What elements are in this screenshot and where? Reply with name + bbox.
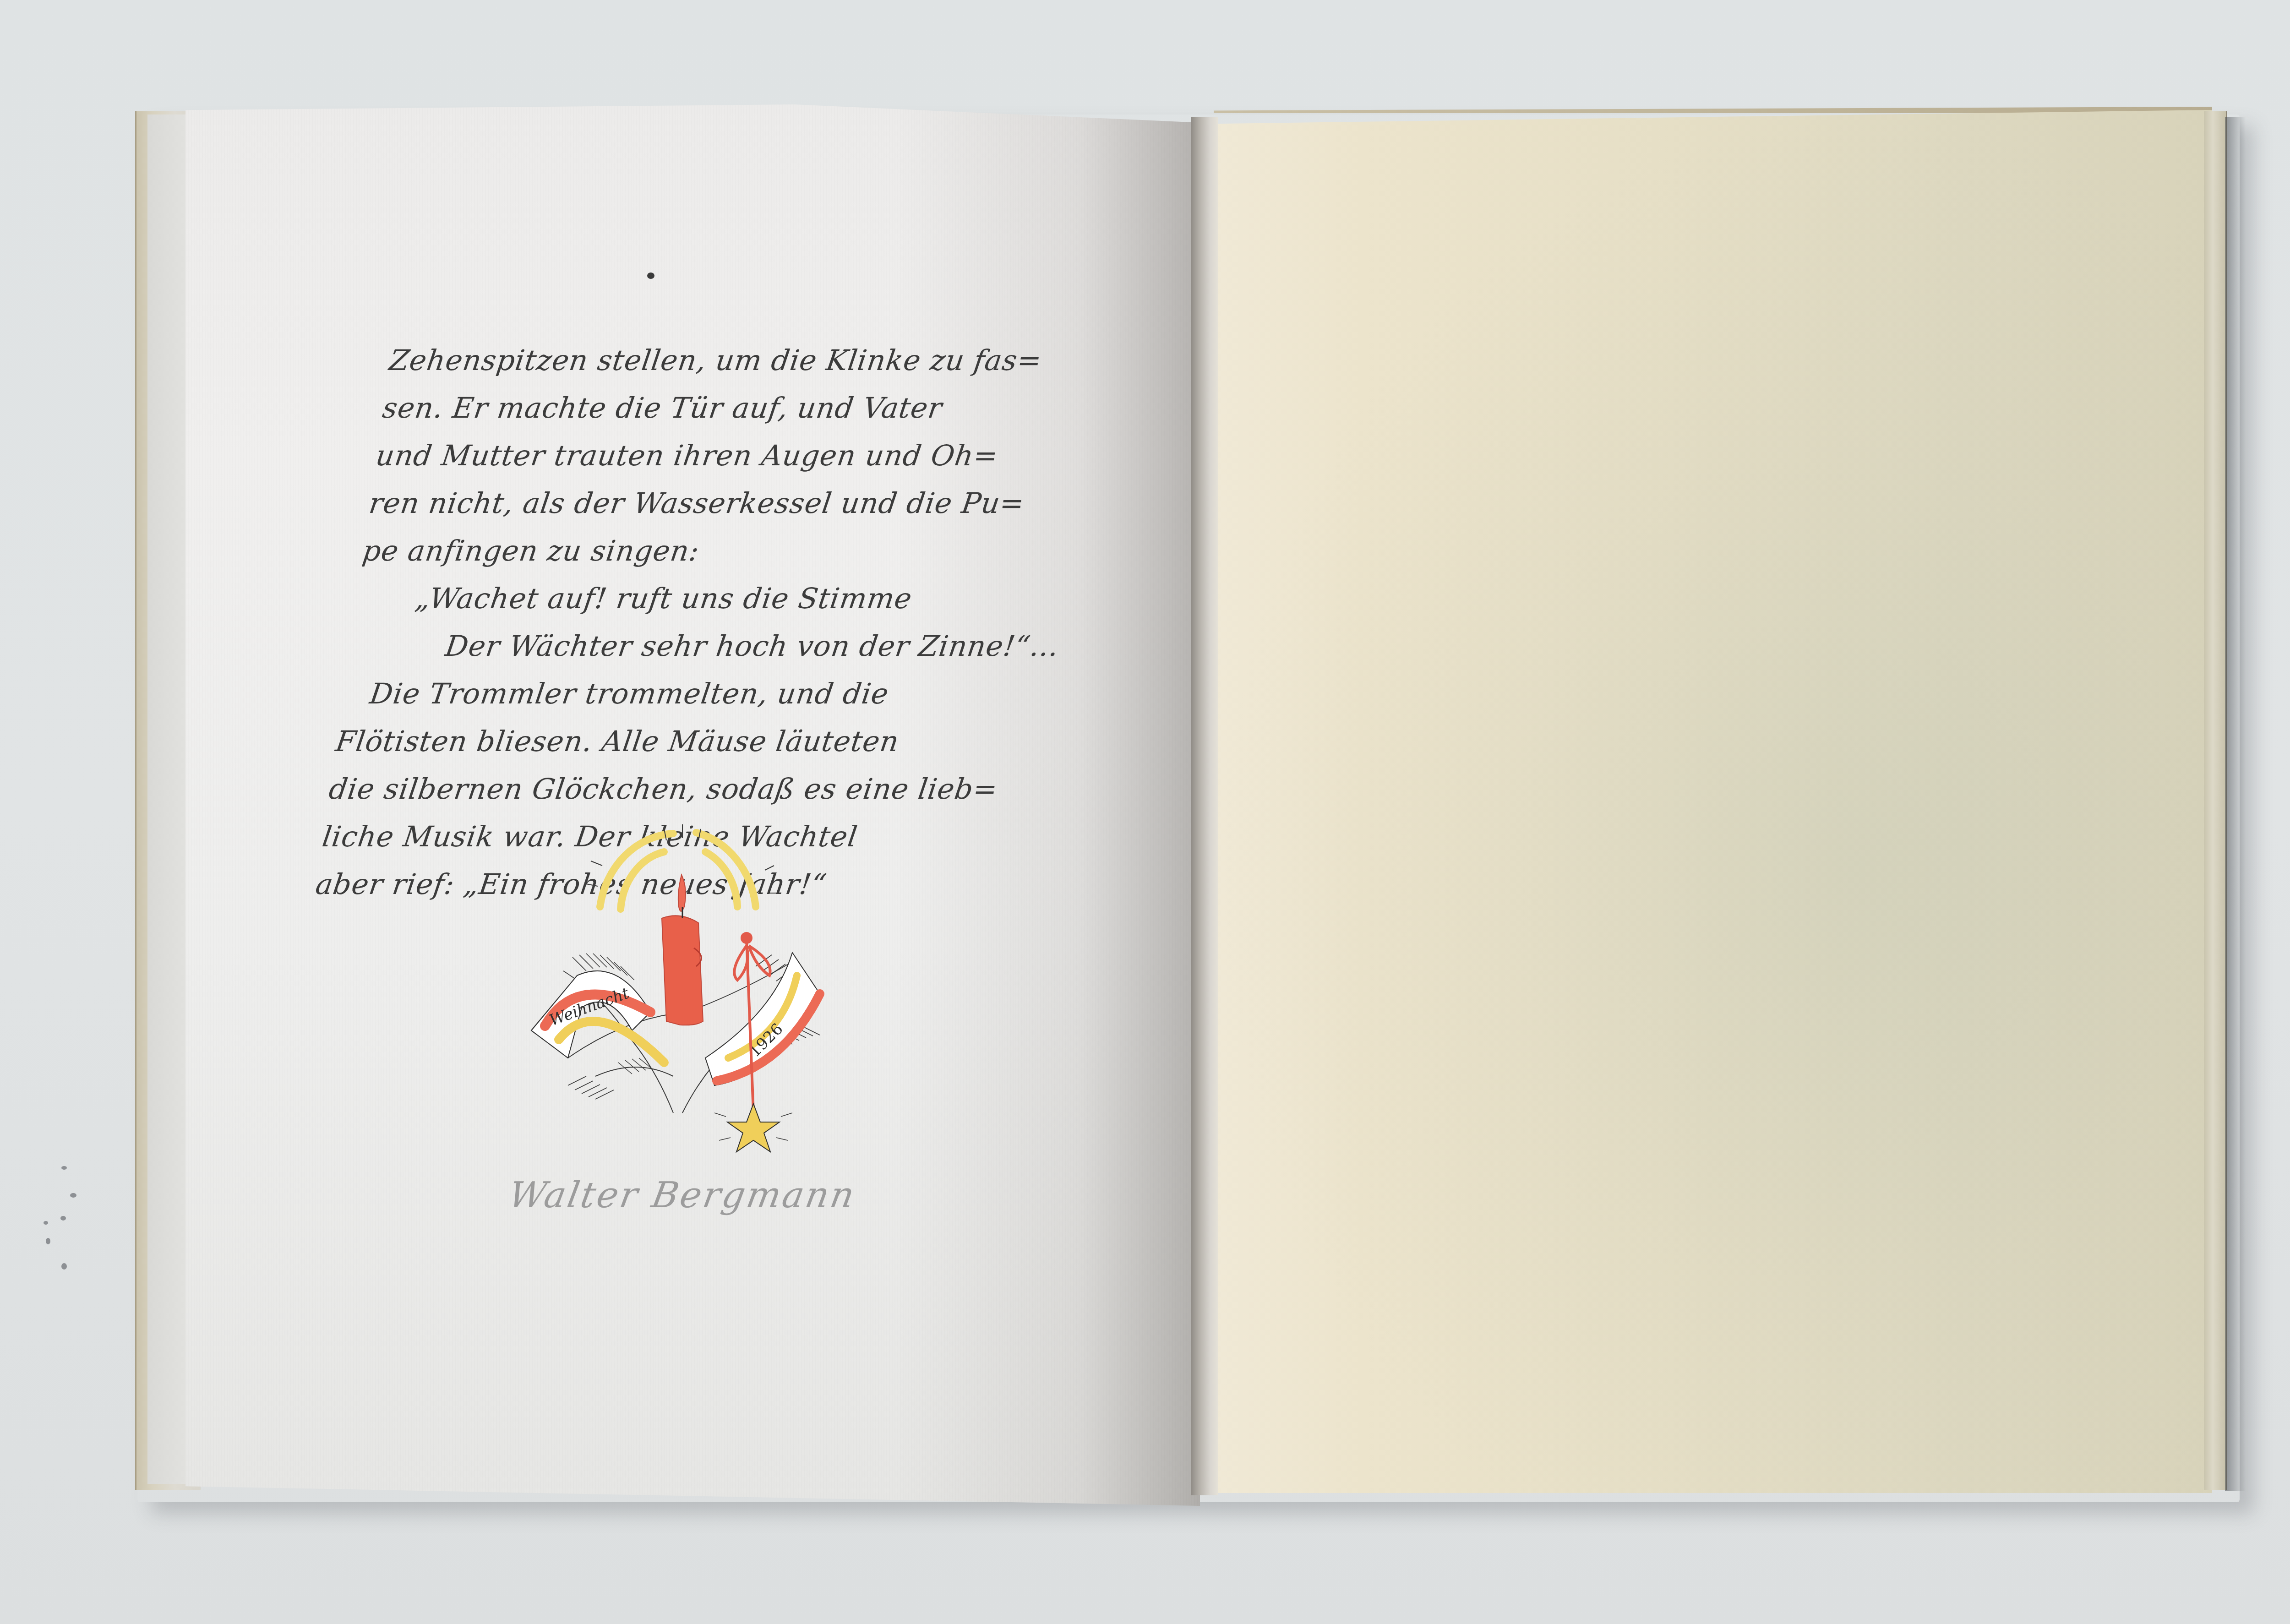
star-icon [714, 1104, 792, 1152]
text-line: Flötisten bliesen. Alle Mäuse läuteten [333, 718, 1036, 765]
text-line: und Mutter trauten ihren Augen und Oh= [373, 432, 1076, 480]
text-line: Der Wächter sehr hoch von der Zinne!“... [346, 622, 1049, 670]
right-page [1214, 110, 2212, 1493]
ink-dot [647, 272, 654, 279]
text-line: „Wachet auf! ruft uns die Stimme [353, 575, 1056, 622]
right-cover-board-edge [2204, 111, 2227, 1490]
left-cover-inner [147, 114, 189, 1484]
banner-left: Weihnacht [531, 971, 664, 1063]
right-edge-shadow [2225, 117, 2246, 1491]
book-gutter [1191, 117, 1218, 1495]
text-line: Zehenspitzen stellen, um die Klinke zu f… [386, 337, 1089, 384]
text-line: Die Trommler trommelten, und die [339, 670, 1042, 718]
candle-icon [662, 875, 703, 1025]
text-line: ren nicht, als der Wasserkessel und die … [366, 480, 1069, 527]
text-line: die silbernen Glöckchen, sodaß es eine l… [326, 765, 1029, 813]
text-line: sen. Er machte die Tür auf, und Vater [379, 384, 1082, 432]
artist-signature: Walter Bergmann [504, 1175, 861, 1225]
pencil-marks [18, 1154, 110, 1305]
text-line: pe anfingen zu singen: [360, 527, 1063, 575]
banner-right: 1926 [705, 953, 820, 1085]
christmas-candle-illustration: Weihnacht 1926 [499, 820, 856, 1159]
